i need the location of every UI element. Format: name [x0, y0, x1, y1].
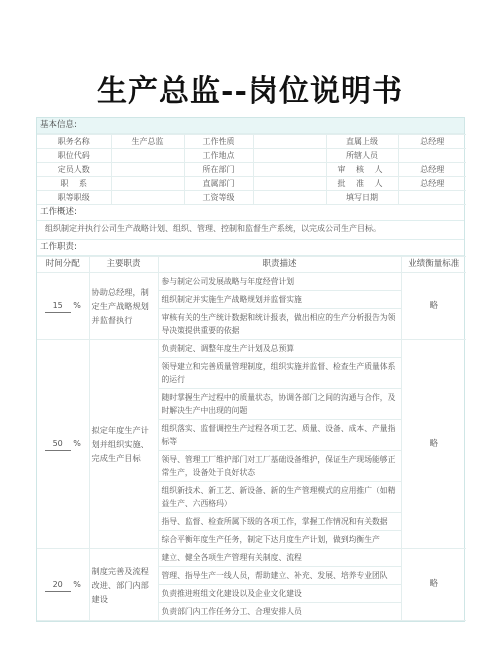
label-cell: 所辖人员 — [326, 149, 398, 163]
table-header-row: 时间分配 主要职责 职责描述 业绩衡量标准 — [37, 257, 466, 273]
percent-value: 50 — [45, 437, 71, 451]
basic-info-table: 职务名称 生产总监 工作性质 直属上级 总经理 职位代码 工作地点 所辖人员 定… — [37, 134, 466, 205]
value-cell — [111, 177, 184, 191]
duty-description: 随时掌握生产过程中的质量状态，协调各部门之间的沟通与合作，及时解决生产中出现的问… — [158, 389, 401, 420]
duty-description: 指导、监督、检查所属下级的各项工作，掌握工作情况和有关数据 — [158, 513, 401, 531]
label-cell: 工资等级 — [184, 191, 253, 205]
value-cell — [253, 163, 326, 177]
value-cell: 生产总监 — [111, 135, 184, 149]
main-duty: 拟定年度生产计划并组织实施、完成生产目标 — [89, 340, 158, 549]
table-row: 20 % 制度完善及流程改进、部门内部建设 建立、健全各项生产管理有关制度、流程… — [37, 549, 466, 567]
label-cell: 职位代码 — [37, 149, 111, 163]
label-cell: 工作地点 — [184, 149, 253, 163]
label-cell: 填写日期 — [326, 191, 398, 205]
duty-description: 审核有关的生产统计数据和统计报表，做出相应的生产分析报告为领导决策提供重要的依据 — [158, 309, 401, 340]
table-row: 15 % 协助总经理，制定生产战略规划并监督执行 参与制定公司发展战略与年度经营… — [37, 273, 466, 291]
value-cell: 总经理 — [398, 135, 466, 149]
value-cell: 总经理 — [398, 163, 466, 177]
percent-unit: % — [73, 301, 81, 310]
performance-standard: 略 — [401, 340, 466, 549]
label-cell: 职务名称 — [37, 135, 111, 149]
value-cell — [253, 149, 326, 163]
duty-description: 组织新技术、新工艺、新设备、新的生产管理模式的应用推广（如精益生产、六西格玛） — [158, 482, 401, 513]
performance-standard: 略 — [401, 273, 466, 340]
value-cell — [253, 177, 326, 191]
table-row: 职 系 直属部门 批 准 人 总经理 — [37, 177, 466, 191]
overview-text: 组织制定并执行公司生产战略计划、组织、管理、控制和监督生产系统，以完成公司生产目… — [37, 221, 464, 240]
label-cell: 职等职级 — [37, 191, 111, 205]
table-row: 职务名称 生产总监 工作性质 直属上级 总经理 — [37, 135, 466, 149]
table-row: 50 % 拟定年度生产计划并组织实施、完成生产目标 负责制定、调整年度生产计划及… — [37, 340, 466, 358]
value-cell — [398, 191, 466, 205]
job-description-form: 基本信息: 职务名称 生产总监 工作性质 直属上级 总经理 职位代码 工作地点 … — [36, 117, 465, 622]
time-allocation: 20 % — [37, 549, 89, 621]
label-cell: 工作性质 — [184, 135, 253, 149]
duty-description: 领导、管理工厂维护部门对工厂基础设备维护，保证生产现场能够正常生产，设备处于良好… — [158, 451, 401, 482]
value-cell — [398, 149, 466, 163]
label-cell: 直属上级 — [326, 135, 398, 149]
duty-description: 组织制定并实施生产战略规划并监督实施 — [158, 291, 401, 309]
duty-description: 组织落实、监督调控生产过程各项工艺、质量、设备、成本、产量指标等 — [158, 420, 401, 451]
value-cell — [253, 135, 326, 149]
value-cell: 总经理 — [398, 177, 466, 191]
responsibilities-header: 工作职责: — [37, 240, 464, 256]
duty-description: 建立、健全各项生产管理有关制度、流程 — [158, 549, 401, 567]
label-cell: 定员人数 — [37, 163, 111, 177]
performance-standard: 略 — [401, 549, 466, 621]
table-row: 定员人数 所在部门 审 核 人 总经理 — [37, 163, 466, 177]
label-cell: 批 准 人 — [326, 177, 398, 191]
label-cell: 直属部门 — [184, 177, 253, 191]
time-allocation: 50 % — [37, 340, 89, 549]
basic-info-header: 基本信息: — [37, 118, 464, 134]
label-cell: 职 系 — [37, 177, 111, 191]
duty-description: 参与制定公司发展战略与年度经营计划 — [158, 273, 401, 291]
duty-description: 负责部门内工作任务分工、合理安排人员 — [158, 603, 401, 621]
duty-description: 负责制定、调整年度生产计划及总预算 — [158, 340, 401, 358]
percent-unit: % — [73, 580, 81, 589]
label-cell: 所在部门 — [184, 163, 253, 177]
table-row: 职等职级 工资等级 填写日期 — [37, 191, 466, 205]
percent-unit: % — [73, 439, 81, 448]
document-title: 生产总监--岗位说明书 — [0, 66, 500, 110]
value-cell — [253, 191, 326, 205]
overview-header: 工作概述: — [37, 205, 464, 221]
column-header-duty: 主要职责 — [89, 257, 158, 273]
duty-description: 综合平衡年度生产任务，制定下达月度生产计划，做到均衡生产 — [158, 531, 401, 549]
percent-value: 20 — [45, 578, 71, 592]
duty-description: 管理、指导生产一线人员，帮助建立、补充、发展、培养专业团队 — [158, 567, 401, 585]
label-cell: 审 核 人 — [326, 163, 398, 177]
column-header-description: 职责描述 — [158, 257, 401, 273]
column-header-standard: 业绩衡量标准 — [401, 257, 466, 273]
table-row: 职位代码 工作地点 所辖人员 — [37, 149, 466, 163]
value-cell — [111, 149, 184, 163]
duty-description: 负责推进班组文化建设以及企业文化建设 — [158, 585, 401, 603]
main-duty: 协助总经理，制定生产战略规划并监督执行 — [89, 273, 158, 340]
main-duty: 制度完善及流程改进、部门内部建设 — [89, 549, 158, 621]
column-header-time: 时间分配 — [37, 257, 89, 273]
time-allocation: 15 % — [37, 273, 89, 340]
responsibilities-table: 时间分配 主要职责 职责描述 业绩衡量标准 15 % 协助总经理，制定生产战略规… — [37, 256, 466, 621]
duty-description: 领导建立和完善质量管理制度，组织实施并监督、检查生产质量体系的运行 — [158, 358, 401, 389]
percent-value: 15 — [45, 299, 71, 313]
value-cell — [111, 191, 184, 205]
value-cell — [111, 163, 184, 177]
